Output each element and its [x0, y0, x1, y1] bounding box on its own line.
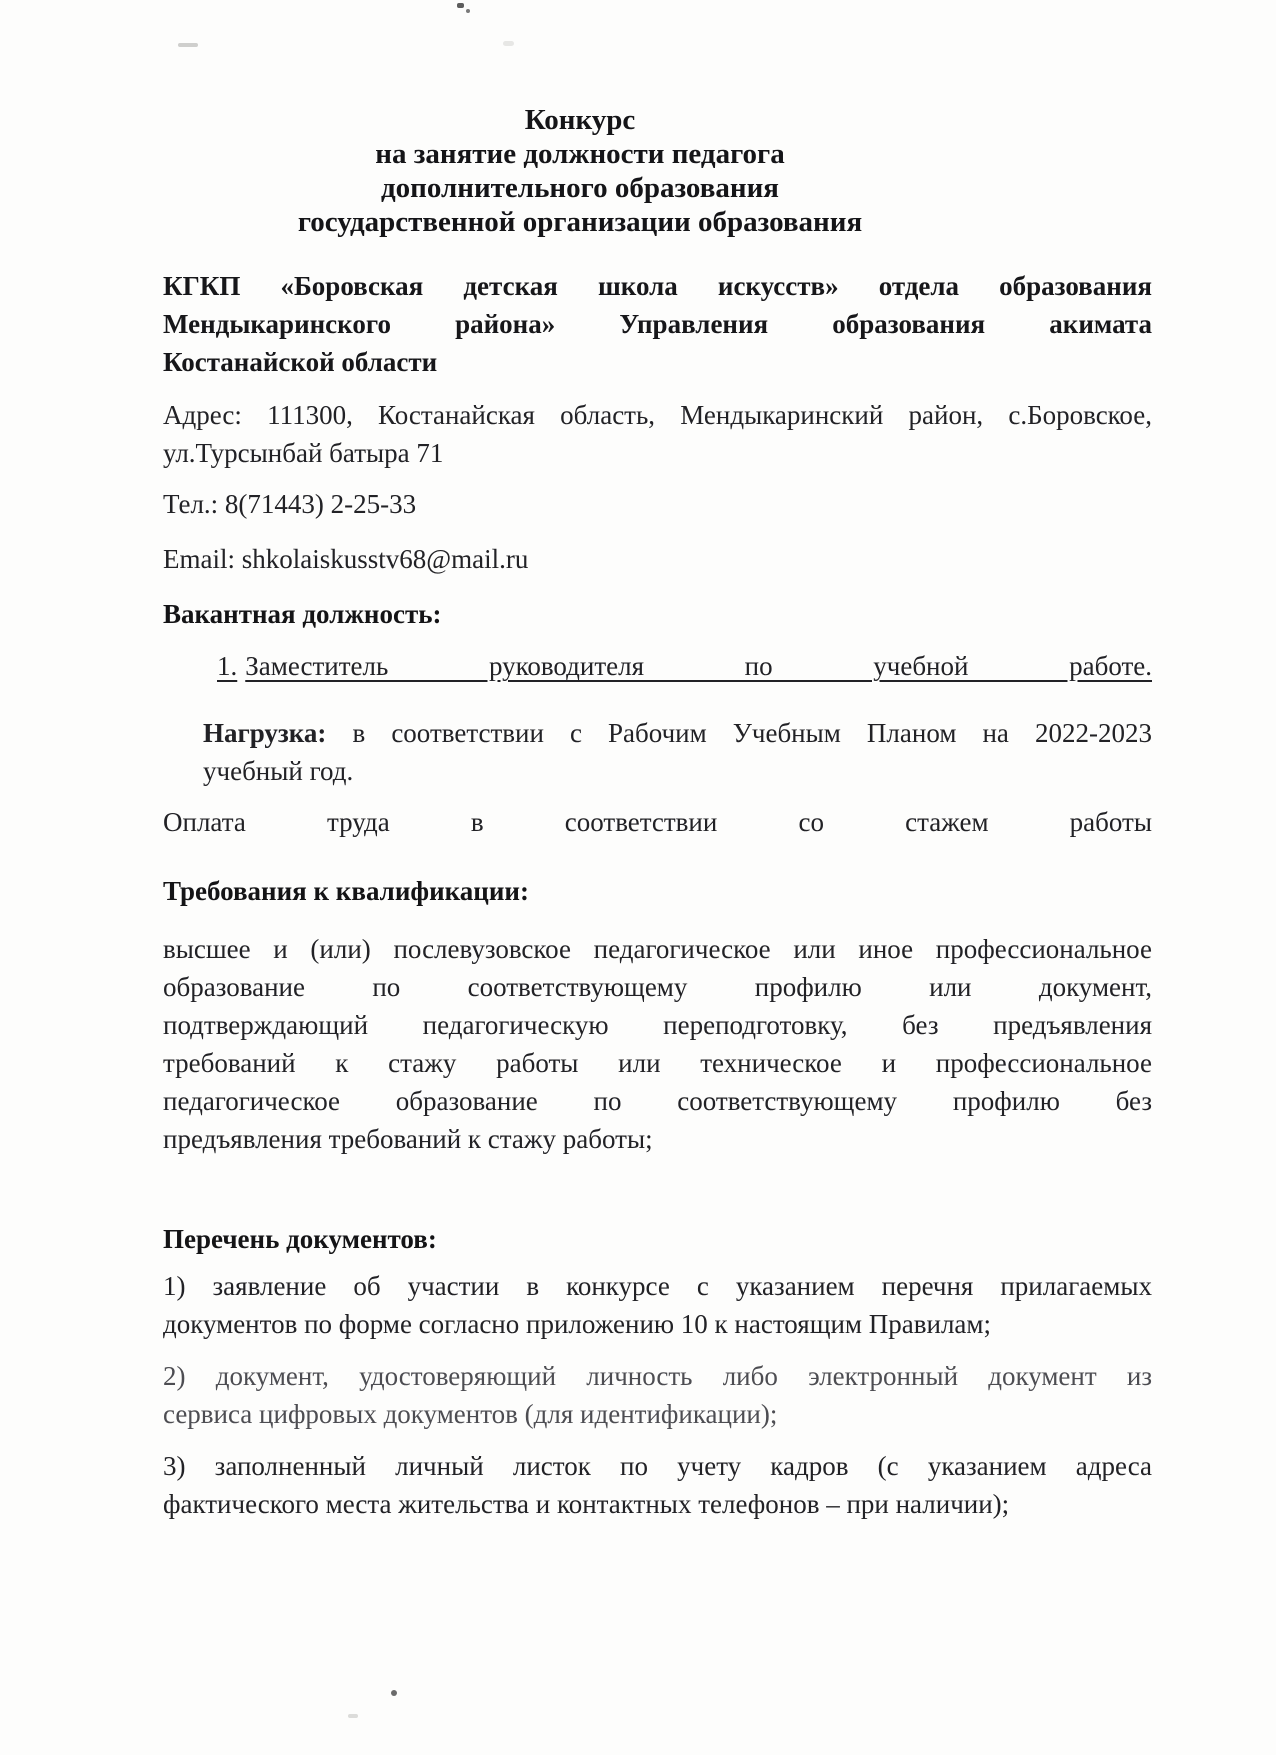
workload-text: в соответствии с Рабочим Учебным Планом … [353, 718, 1153, 748]
phone-line: Тел.: 8(71443) 2-25-33 [163, 485, 1152, 523]
title-line: на занятие должности педагога [163, 137, 997, 171]
document-list-item: 2) документ, удостоверяющий личность либ… [163, 1357, 1152, 1433]
document-list-item: 1) заявление об участии в конкурсе с ука… [163, 1267, 1152, 1343]
qualification-line: предъявления требований к стажу работы; [163, 1120, 1152, 1158]
organization-line: Костанайской области [163, 343, 1152, 381]
vacancy-heading: Вакантная должность: [163, 595, 1152, 633]
workload-line: учебный год. [203, 752, 1152, 790]
scan-speck [348, 1714, 358, 1718]
document-item-line: 1) заявление об участии в конкурсе с ука… [163, 1267, 1152, 1305]
scan-speck [391, 1690, 397, 1696]
qualification-paragraph: высшее и (или) послевузовское педагогиче… [163, 930, 1152, 1158]
workload-paragraph: Нагрузка: в соответствии с Рабочим Учебн… [163, 714, 1152, 790]
salary-line: Оплата труда в соответствии со стажем ра… [163, 803, 1152, 841]
title-line: государственной организации образования [163, 205, 997, 239]
document-item-line: 3) заполненный личный листок по учету ка… [163, 1447, 1152, 1485]
qualification-line: высшее и (или) послевузовское педагогиче… [163, 930, 1152, 968]
scanned-document-page: Конкурс на занятие должности педагога до… [0, 0, 1276, 1755]
documents-heading: Перечень документов: [163, 1220, 1152, 1258]
qualification-line: подтверждающий педагогическую переподгот… [163, 1006, 1152, 1044]
document-title: Конкурс на занятие должности педагога до… [163, 103, 997, 239]
title-line: дополнительного образования [163, 171, 997, 205]
scan-speck [178, 43, 198, 47]
qualification-heading: Требования к квалификации: [163, 872, 1152, 910]
workload-line: Нагрузка: в соответствии с Рабочим Учебн… [203, 714, 1152, 752]
scan-speck [457, 3, 464, 8]
workload-label: Нагрузка: [203, 718, 326, 748]
address-block: Адрес: 111300, Костанайская область, Мен… [163, 396, 1152, 472]
email-line: Email: shkolaiskusstv68@mail.ru [163, 540, 1152, 578]
address-line: ул.Турсынбай батыра 71 [163, 434, 1152, 472]
document-item-line: фактического места жительства и контактн… [163, 1485, 1152, 1523]
address-line: Адрес: 111300, Костанайская область, Мен… [163, 396, 1152, 434]
scan-speck [503, 41, 514, 46]
vacancy-item-number: 1. [217, 647, 237, 685]
document-item-line: документов по форме согласно приложению … [163, 1305, 1152, 1343]
scan-speck [466, 9, 470, 13]
vacancy-item-title: Заместитель руководителя по учебной рабо… [245, 647, 1152, 685]
document-item-line: сервиса цифровых документов (для идентиф… [163, 1395, 1152, 1433]
vacancy-item: 1. Заместитель руководителя по учебной р… [163, 647, 1152, 685]
qualification-line: педагогическое образование по соответств… [163, 1082, 1152, 1120]
document-list-item: 3) заполненный личный листок по учету ка… [163, 1447, 1152, 1523]
qualification-line: образование по соответствующему профилю … [163, 968, 1152, 1006]
organization-line: Мендыкаринского района» Управления образ… [163, 305, 1152, 343]
document-item-line: 2) документ, удостоверяющий личность либ… [163, 1357, 1152, 1395]
organization-line: КГКП «Боровская детская школа искусств» … [163, 267, 1152, 305]
qualification-line: требований к стажу работы или техническо… [163, 1044, 1152, 1082]
organization-name: КГКП «Боровская детская школа искусств» … [163, 267, 1152, 381]
title-line: Конкурс [163, 103, 997, 137]
